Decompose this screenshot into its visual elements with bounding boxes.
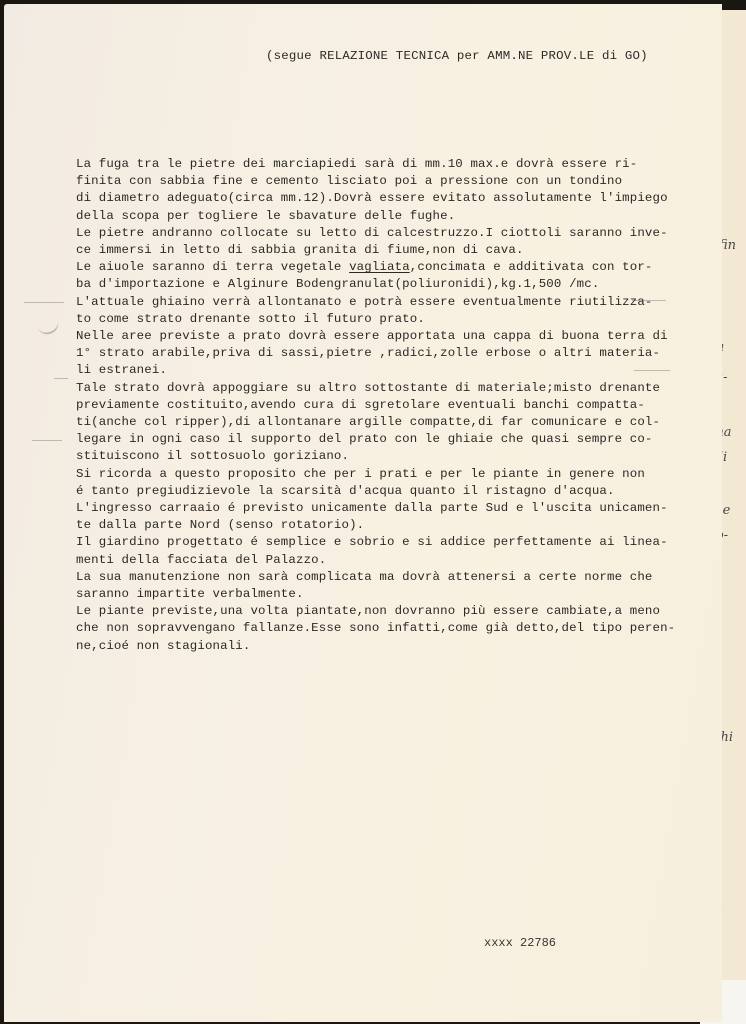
text-line: Le aiuole saranno di terra vegetale vagl… bbox=[76, 259, 716, 276]
text-line: di diametro adeguato(circa mm.12).Dovrà … bbox=[76, 190, 716, 207]
text-line: Tale strato dovrà appoggiare su altro so… bbox=[76, 380, 716, 397]
margin-mark bbox=[24, 302, 64, 303]
text-line: Le pietre andranno collocate su letto di… bbox=[76, 225, 716, 242]
typed-page: (segue RELAZIONE TECNICA per AMM.NE PROV… bbox=[4, 4, 722, 1022]
document-code: xxxx 22786 bbox=[484, 936, 556, 950]
document-body: La fuga tra le pietre dei marciapiedi sa… bbox=[76, 156, 716, 655]
page-header: (segue RELAZIONE TECNICA per AMM.NE PROV… bbox=[266, 49, 648, 63]
margin-tick bbox=[37, 319, 62, 338]
text-line: Le piante previste,una volta piantate,no… bbox=[76, 603, 716, 620]
text-line: ba d'importazione e Alginure Bodengranul… bbox=[76, 276, 716, 293]
text-line: La sua manutenzione non sarà complicata … bbox=[76, 569, 716, 586]
text-line: previamente costituito,avendo cura di sg… bbox=[76, 397, 716, 414]
text-line: 1° strato arabile,priva di sassi,pietre … bbox=[76, 345, 716, 362]
text-segment: ,concimata e additivata con tor- bbox=[410, 260, 653, 274]
text-line: Si ricorda a questo proposito che per i … bbox=[76, 466, 716, 483]
text-line: La fuga tra le pietre dei marciapiedi sa… bbox=[76, 156, 716, 173]
text-line: ce immersi in letto di sabbia granita di… bbox=[76, 242, 716, 259]
text-line: che non sopravvengano fallanze.Esse sono… bbox=[76, 620, 716, 637]
margin-mark bbox=[32, 440, 62, 441]
text-line: li estranei. bbox=[76, 362, 716, 379]
text-line: L'ingresso carraaio é previsto unicament… bbox=[76, 500, 716, 517]
text-line: ti(anche col ripper),di allontanare argi… bbox=[76, 414, 716, 431]
text-line: saranno impartite verbalmente. bbox=[76, 586, 716, 603]
text-line: finita con sabbia fine e cemento lisciat… bbox=[76, 173, 716, 190]
text-line: della scopa per togliere le sbavature de… bbox=[76, 208, 716, 225]
text-line: te dalla parte Nord (senso rotatorio). bbox=[76, 517, 716, 534]
text-line: legare in ogni caso il supporto del prat… bbox=[76, 431, 716, 448]
text-line: L'attuale ghiaino verrà allontanato e po… bbox=[76, 294, 716, 311]
text-line: to come strato drenante sotto il futuro … bbox=[76, 311, 716, 328]
text-line: menti della facciata del Palazzo. bbox=[76, 552, 716, 569]
text-line: ne,cioé non stagionali. bbox=[76, 638, 716, 655]
text-segment: Le aiuole saranno di terra vegetale bbox=[76, 260, 349, 274]
text-line: é tanto pregiudizievole la scarsità d'ac… bbox=[76, 483, 716, 500]
text-line: stituiscono il sottosuolo goriziano. bbox=[76, 448, 716, 465]
margin-mark bbox=[54, 378, 68, 379]
text-line: Il giardino progettato é semplice e sobr… bbox=[76, 534, 716, 551]
underlined-word: vagliata bbox=[349, 260, 410, 274]
text-line: Nelle aree previste a prato dovrà essere… bbox=[76, 328, 716, 345]
